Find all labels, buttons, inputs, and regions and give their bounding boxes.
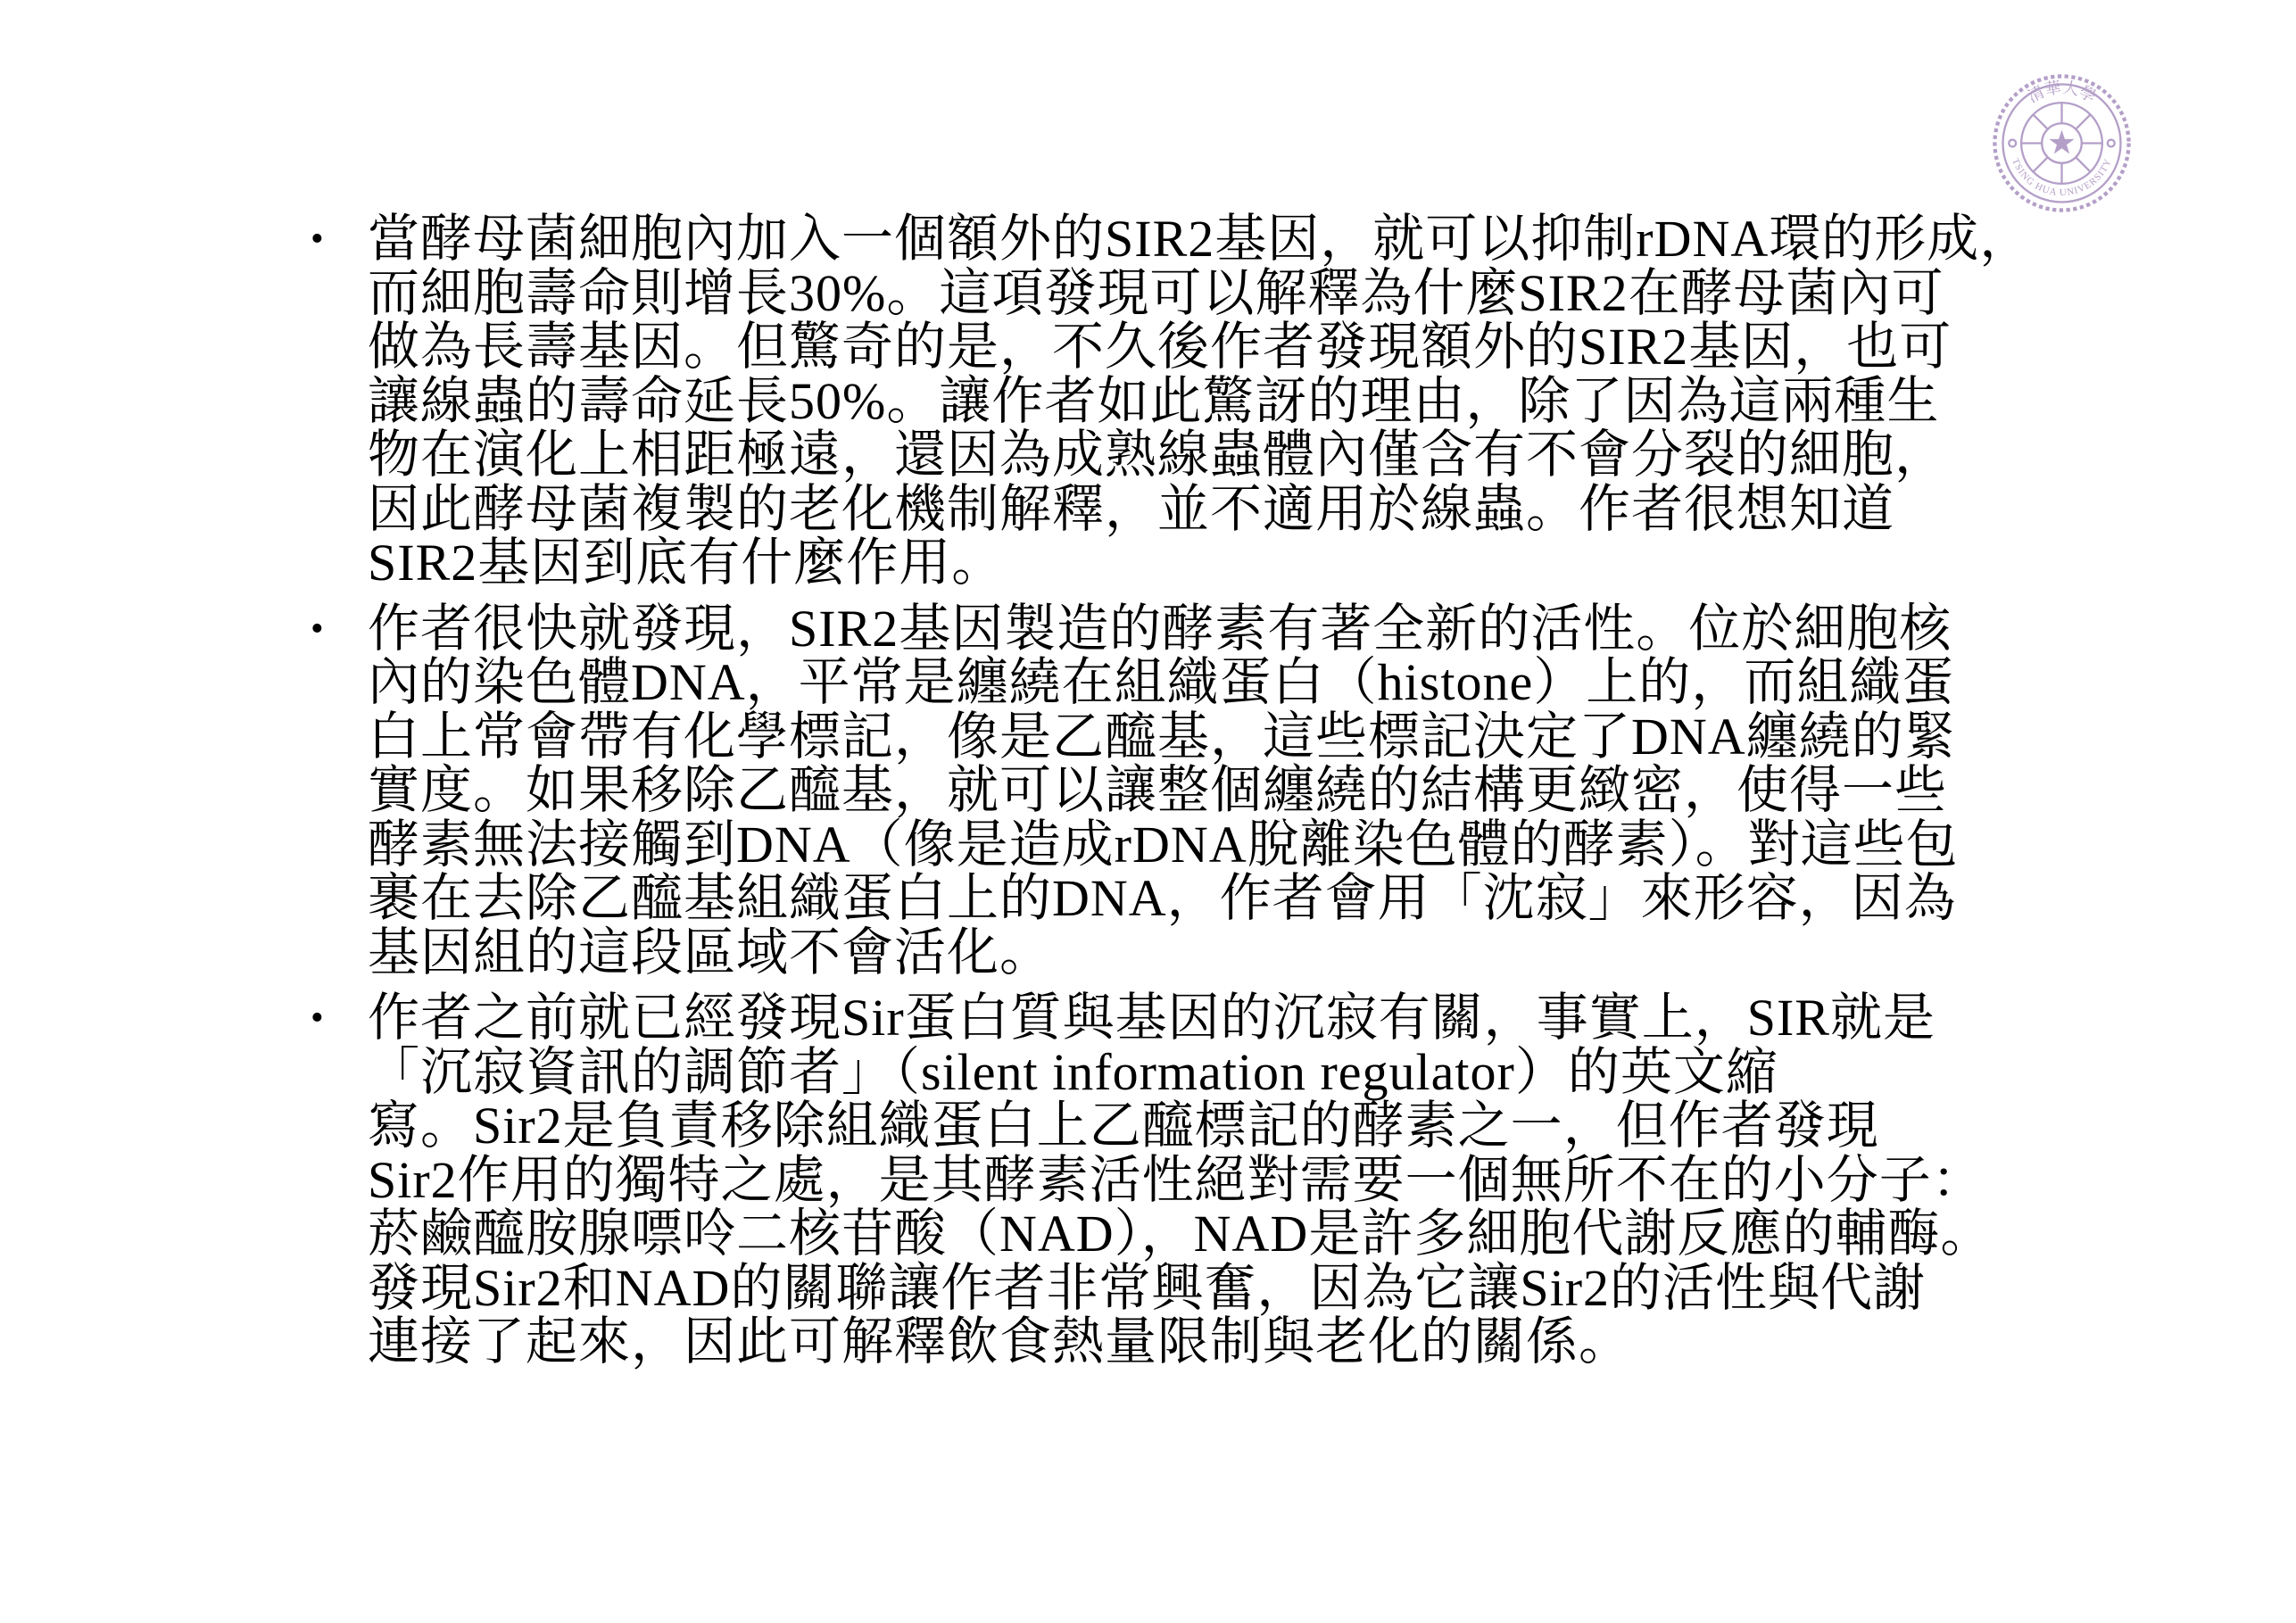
text-line: 作者之前就已經發現Sir蛋白質與基因的沉寂有關，事實上，SIR就是 bbox=[368, 991, 2032, 1046]
bullet-item-2: • 作者很快就發現，SIR2基因製造的酵素有著全新的活性。位於細胞核 內的染色體… bbox=[311, 602, 2032, 981]
bullet-item-1: • 當酵母菌細胞內加入一個額外的SIR2基因，就可以抑制rDNA環的形成， 而細… bbox=[311, 212, 2032, 591]
text-line: 菸鹼醯胺腺嘌呤二核苷酸（NAD），NAD是許多細胞代謝反應的輔酶。 bbox=[368, 1207, 2032, 1262]
text-line: 物在演化上相距極遠，還因為成熟線蟲體內僅含有不會分裂的細胞， bbox=[368, 428, 2032, 483]
bullet-marker: • bbox=[311, 991, 368, 1046]
text-line: 作者很快就發現，SIR2基因製造的酵素有著全新的活性。位於細胞核 bbox=[368, 602, 2032, 657]
bullet-text-3: 作者之前就已經發現Sir蛋白質與基因的沉寂有關，事實上，SIR就是 「沉寂資訊的… bbox=[368, 991, 2032, 1370]
slide-page: 清華大學 TSING HUA UNIVERSITY • 當酵母菌細胞內加入一個額… bbox=[0, 0, 2296, 1623]
text-line: 內的染色體DNA，平常是纏繞在組織蛋白（histone）上的，而組織蛋 bbox=[368, 656, 2032, 710]
bullet-text-1: 當酵母菌細胞內加入一個額外的SIR2基因，就可以抑制rDNA環的形成， 而細胞壽… bbox=[368, 212, 2032, 591]
seal-star-icon bbox=[2049, 130, 2074, 154]
bullet-marker: • bbox=[311, 602, 368, 657]
text-line: 而細胞壽命則增長30%。這項發現可以解釋為什麼SIR2在酵母菌內可 bbox=[368, 267, 2032, 321]
text-line: 當酵母菌細胞內加入一個額外的SIR2基因，就可以抑制rDNA環的形成， bbox=[368, 212, 2032, 267]
text-line: 實度。如果移除乙醯基，就可以讓整個纏繞的結構更緻密，使得一些 bbox=[368, 764, 2032, 818]
text-line: 做為長壽基因。但驚奇的是，不久後作者發現額外的SIR2基因，也可 bbox=[368, 320, 2032, 375]
text-line: SIR2基因到底有什麼作用。 bbox=[368, 536, 2032, 591]
text-line: 寫。Sir2是負責移除組織蛋白上乙醯標記的酵素之一，但作者發現 bbox=[368, 1099, 2032, 1154]
slide-body: • 當酵母菌細胞內加入一個額外的SIR2基因，就可以抑制rDNA環的形成， 而細… bbox=[311, 212, 2032, 1370]
bullet-text-2: 作者很快就發現，SIR2基因製造的酵素有著全新的活性。位於細胞核 內的染色體DN… bbox=[368, 602, 2032, 981]
bullet-item-3: • 作者之前就已經發現Sir蛋白質與基因的沉寂有關，事實上，SIR就是 「沉寂資… bbox=[311, 991, 2032, 1370]
text-line: 連接了起來，因此可解釋飲食熱量限制與老化的關係。 bbox=[368, 1315, 2032, 1370]
text-line: 「沉寂資訊的調節者」（silent information regulator）… bbox=[368, 1046, 2032, 1100]
text-line: 酵素無法接觸到DNA（像是造成rDNA脫離染色體的酵素）。對這些包 bbox=[368, 818, 2032, 873]
tsing-hua-university-seal: 清華大學 TSING HUA UNIVERSITY bbox=[1988, 70, 2135, 217]
text-line: Sir2作用的獨特之處，是其酵素活性絕對需要一個無所不在的小分子： bbox=[368, 1154, 2032, 1208]
text-line: 因此酵母菌複製的老化機制解釋，並不適用於線蟲。作者很想知道 bbox=[368, 483, 2032, 537]
university-seal-icon: 清華大學 TSING HUA UNIVERSITY bbox=[1988, 70, 2135, 217]
text-line: 白上常會帶有化學標記，像是乙醯基，這些標記決定了DNA纏繞的緊 bbox=[368, 710, 2032, 765]
text-line: 發現Sir2和NAD的關聯讓作者非常興奮，因為它讓Sir2的活性與代謝 bbox=[368, 1262, 2032, 1316]
text-line: 讓線蟲的壽命延長50%。讓作者如此驚訝的理由，除了因為這兩種生 bbox=[368, 375, 2032, 429]
text-line: 裹在去除乙醯基組織蛋白上的DNA，作者會用「沈寂」來形容，因為 bbox=[368, 872, 2032, 926]
bullet-marker: • bbox=[311, 212, 368, 267]
text-line: 基因組的這段區域不會活化。 bbox=[368, 926, 2032, 981]
